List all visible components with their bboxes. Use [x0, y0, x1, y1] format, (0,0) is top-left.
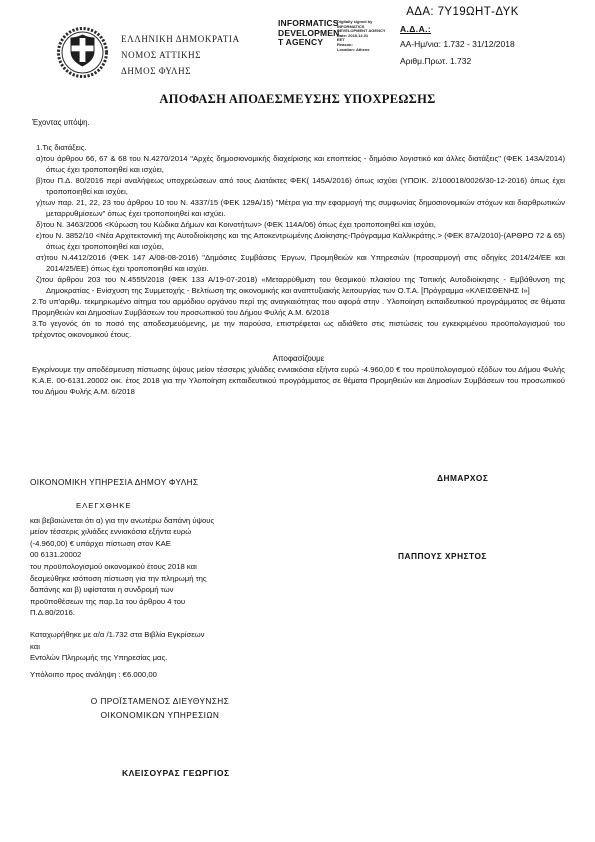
document-page: ΕΛΛΗΝΙΚΗ ΔΗΜΟΚΡΑΤΙΑ ΝΟΜΟΣ ΑΤΤΙΚΗΣ ΔΗΜΟΣ …	[0, 0, 595, 842]
paragraph-3: 3.Το γεγονός ότι το ποσό της αποδεσμευόμ…	[32, 318, 565, 340]
document-body: 1.Τις διατάξεις. α)του άρθρου 66, 67 & 6…	[32, 142, 565, 397]
stamp-agency-line: T AGENCY	[278, 38, 340, 48]
provisions-list-title: 1.Τις διατάξεις.	[36, 142, 565, 153]
checked-line: του προϋπολογισμού οικονομικού έτους 201…	[30, 561, 292, 573]
ada-label: Α.Δ.Α.:	[400, 24, 431, 34]
remaining-balance: Υπόλοιπο προς ανάληψη : €6.000,00	[30, 670, 157, 679]
provision-item-d: δ)του Ν. 3463/2006 <Κύρωση του Κώδικα Δή…	[36, 219, 565, 230]
checked-line: δαπάνης και β) υφίσταται η συνδρομή των	[30, 584, 292, 596]
provision-item-a: α)του άρθρου 66, 67 & 68 του Ν.4270/2014…	[36, 153, 565, 175]
org-line-republic: ΕΛΛΗΝΙΚΗ ΔΗΜΟΚΡΑΤΙΑ	[121, 31, 240, 47]
checked-line: (-4.960,00) € υπάρχει πίστωση στον ΚΑΕ	[30, 538, 292, 550]
digital-signature-agency: INFORMATICS DEVELOPMEN T AGENCY	[278, 19, 340, 48]
having-regard-line: Έχοντας υπόψη.	[32, 118, 90, 127]
org-line-prefecture: ΝΟΜΟΣ ΑΤΤΙΚΗΣ	[121, 47, 240, 63]
checked-line: δεσμεύθηκε ισόποση πίστωση για την πληρω…	[30, 573, 292, 585]
stamp-sig-line: Location: Athens	[337, 48, 395, 53]
director-title: Ο ΠΡΟΪΣΤΑΜΕΝΟΣ ΔΙΕΥΘΥΝΣΗΣ ΟΙΚΟΝΟΜΙΚΩΝ ΥΠ…	[50, 694, 270, 722]
provision-item-b: β)του Π.Δ. 80/2016 περί αναλήψεως υποχρε…	[36, 175, 565, 197]
provision-item-st: στ)του Ν.4412/2016 (ΦΕΚ 147 Α/08-08-2016…	[36, 252, 565, 274]
approval-paragraph: Εγκρίνουμε την αποδέσμευση πίστωσης ύψου…	[32, 364, 565, 397]
org-line-municipality: ΔΗΜΟΣ ΦΥΛΗΣ	[121, 63, 240, 79]
director-name: ΚΛΕΙΣΟΥΡΑΣ ΓΕΩΡΓΙΟΣ	[122, 768, 230, 778]
director-title-line: Ο ΠΡΟΪΣΤΑΜΕΝΟΣ ΔΙΕΥΘΥΝΣΗΣ	[50, 694, 270, 708]
checked-line: και βεβαιώνεται ότι α) για την ανωτέρω δ…	[30, 515, 292, 527]
checked-line: 00 6131.20002	[30, 549, 292, 561]
issuing-authority: ΕΛΛΗΝΙΚΗ ΔΗΜΟΚΡΑΤΙΑ ΝΟΜΟΣ ΑΤΤΙΚΗΣ ΔΗΜΟΣ …	[121, 31, 240, 79]
checked-line: προϋποθέσεων της παρ.1α του άρθρου 4 του	[30, 596, 292, 608]
greek-coat-of-arms-logo	[56, 26, 109, 79]
decision-heading: Αποφασίζουμε	[32, 353, 565, 364]
registration-line: Καταχωρήθηκε με α/α /1.732 στα Βιβλία Εγ…	[30, 629, 300, 641]
financial-service-header: ΟΙΚΟΝΟΜΙΚΗ ΥΠΗΡΕΣΙΑ ΔΗΜΟΥ ΦΥΛΗΣ	[30, 477, 198, 487]
checked-block: ΕΛΕΓΧΘΗΚΕ και βεβαιώνεται ότι α) για την…	[30, 500, 292, 619]
mayor-name: ΠΑΠΠΟΥΣ ΧΡΗΣΤΟΣ	[398, 551, 487, 561]
checked-line: μείον τέσσερις χιλιάδες εννιακόσια εξήντ…	[30, 526, 292, 538]
protocol-number: Αριθμ.Πρωτ. 1.732	[400, 56, 471, 66]
paragraph-2: 2.Το υπ'αριθμ. τεκμηριωμένο αίτημα του α…	[32, 296, 565, 318]
digital-signature-details: Digitally signed by INFORMATICS DEVELOPM…	[337, 20, 395, 52]
checked-line: Π.Δ.80/2016.	[30, 607, 292, 619]
director-title-line: ΟΙΚΟΝΟΜΙΚΩΝ ΥΠΗΡΕΣΙΩΝ	[50, 708, 270, 722]
aa-date: ΑΑ-Ημ/νια: 1.732 - 31/12/2018	[400, 39, 515, 49]
checked-title: ΕΛΕΓΧΘΗΚΕ	[76, 500, 292, 512]
registration-line: Εντολών Πληρωμής της Υπηρεσίας μας.	[30, 652, 300, 664]
registration-block: Καταχωρήθηκε με α/α /1.732 στα Βιβλία Εγ…	[30, 629, 300, 664]
mayor-title: ΔΗΜΑΡΧΟΣ	[437, 473, 488, 483]
provision-item-c: γ)των παρ. 21, 22, 23 του άρθρου 10 του …	[36, 197, 565, 219]
registration-line: και	[30, 641, 300, 653]
document-title: ΑΠΟΦΑΣΗ ΑΠΟΔΕΣΜΕΥΣΗΣ ΥΠΟΧΡΕΩΣΗΣ	[0, 92, 595, 107]
provision-item-e: ε)του Ν. 3852/10 <Νέα Αρχιτεκτονική της …	[36, 230, 565, 252]
provision-item-z: ζ)του άρθρου 203 του Ν.4555/2018 (ΦΕΚ 13…	[36, 274, 565, 296]
ada-code: ΑΔΑ: 7Υ19ΩΗΤ-ΔΥΚ	[380, 6, 545, 18]
